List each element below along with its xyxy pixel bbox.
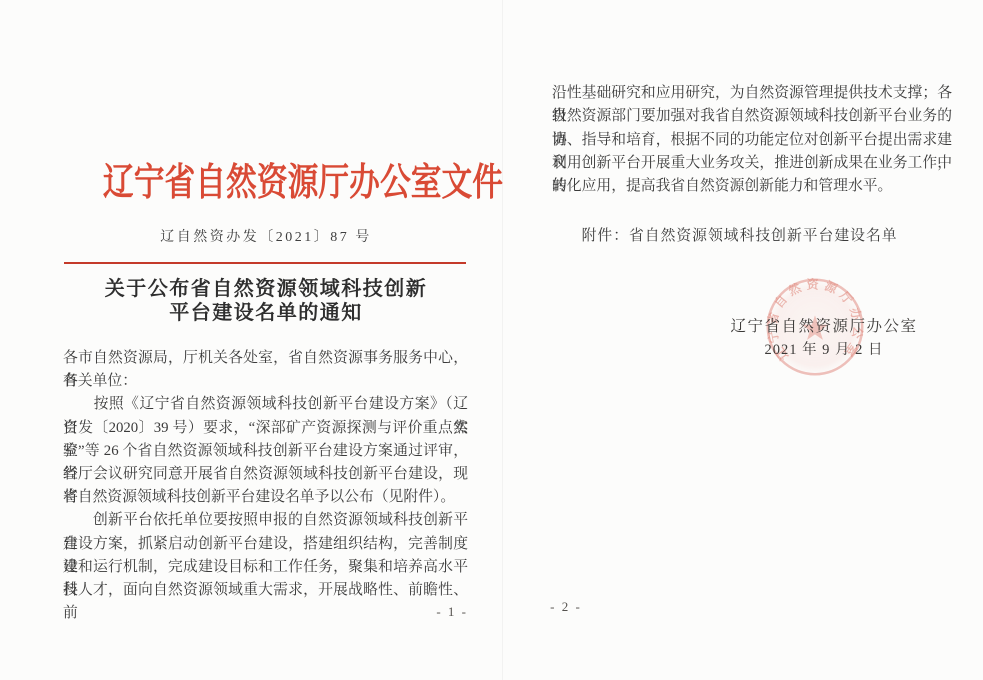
body-line: 创新平台依托单位要按照申报的自然资源领域科技创新平台 — [63, 509, 468, 532]
red-separator-rule — [64, 262, 466, 264]
body-line: 各市自然资源局，厅机关各处室，省自然资源事务服务中心，各 — [63, 347, 468, 370]
attachment-line: 附件：省自然资源领域科技创新平台建设名单 — [552, 224, 952, 245]
body-line: 设和运行机制，完成建设目标和工作任务，聚集和培养高水平科 — [63, 556, 468, 579]
notice-title: 关于公布省自然资源领域科技创新平台建设名单的通知 — [56, 277, 476, 325]
body-line: 转化应用，提高我省自然资源创新能力和管理水平。 — [552, 175, 952, 198]
body-line: 省厅会议研究同意开展省自然资源领域科技创新平台建设，现将 — [63, 463, 468, 486]
body-line: 自然资源部门要加强对我省自然资源领域科技创新平台业务的协 — [552, 105, 952, 128]
body-line: 建设方案，抓紧启动创新平台建设，搭建组织结构，完善制度建 — [63, 533, 468, 556]
page-1-body-text: 各市自然资源局，厅机关各处室，省自然资源事务服务中心，各有关单位： 按照《辽宁省… — [63, 347, 468, 602]
document-header-title: 辽宁省自然资源厅办公室文件 — [56, 158, 476, 210]
page-2-number: - 2 - — [535, 599, 597, 615]
document-number: 辽自然资办发〔2021〕87 号 — [56, 226, 476, 246]
body-line: 资发〔2020〕39 号）要求，“深部矿产资源探测与评价重点实验 — [63, 417, 468, 440]
body-line: 省自然资源领域科技创新平台建设名单予以公布（见附件）。 — [63, 486, 468, 509]
body-line: 调、指导和培育，根据不同的功能定位对创新平台提出需求建议， — [552, 129, 952, 152]
signature-issuer: 辽宁省自然资源厅办公室 — [699, 315, 949, 339]
body-line: 按照《辽宁省自然资源领域科技创新平台建设方案》（辽自然 — [63, 393, 468, 416]
body-line: 有关单位： — [63, 370, 468, 393]
scanned-document: 辽宁省自然资源厅办公室文件 辽自然资办发〔2021〕87 号 关于公布省自然资源… — [0, 0, 983, 680]
body-line: 平台建设名单的通知 — [56, 301, 476, 325]
page-2-body-text: 沿性基础研究和应用研究，为自然资源管理提供技术支撑；各级自然资源部门要加强对我省… — [552, 82, 952, 198]
body-line: 技人才，面向自然资源领域重大需求，开展战略性、前瞻性、前 — [63, 579, 468, 602]
body-line: 室”等 26 个省自然资源领域科技创新平台建设方案通过评审，经 — [63, 440, 468, 463]
body-line: 利用创新平台开展重大业务攻关，推进创新成果在业务工作中的 — [552, 152, 952, 175]
body-line: 关于公布省自然资源领域科技创新 — [56, 277, 476, 301]
body-line: 沿性基础研究和应用研究，为自然资源管理提供技术支撑；各级 — [552, 82, 952, 105]
signature-date: 2021 年 9 月 2 日 — [699, 339, 949, 363]
document-header-title-text: 辽宁省自然资源厅办公室文件 — [103, 158, 503, 208]
page-divider — [502, 0, 503, 680]
page-1-number: - 1 - — [63, 604, 468, 620]
signature-block: 辽宁省自然资源厅办公室 2021 年 9 月 2 日 — [699, 315, 949, 362]
